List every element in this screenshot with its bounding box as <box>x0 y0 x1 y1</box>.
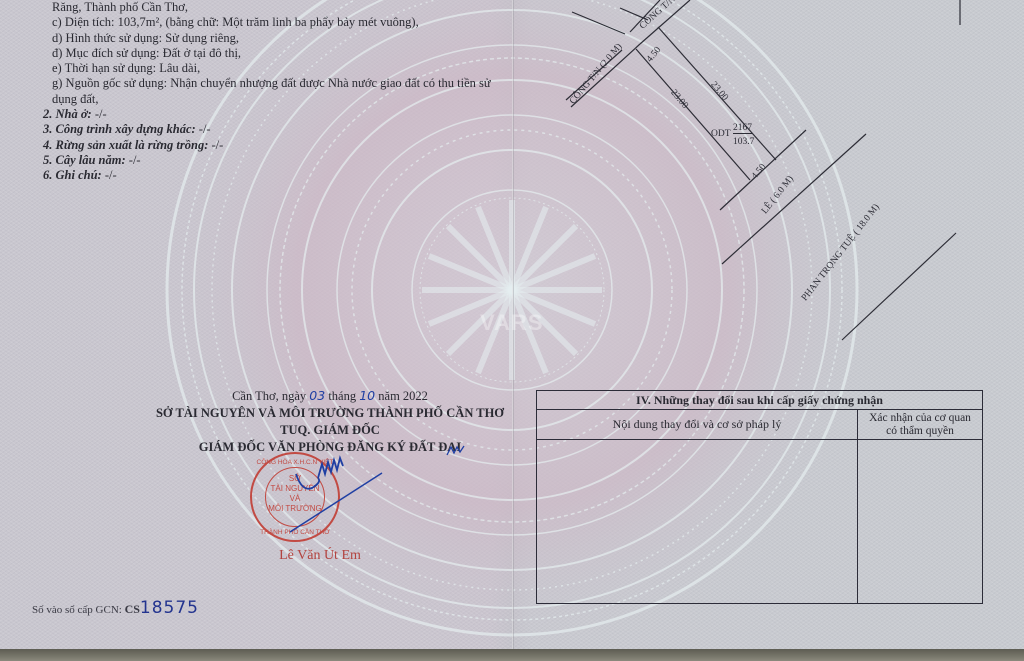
changes-table-body <box>537 440 982 604</box>
date-year: năm 2022 <box>375 389 428 403</box>
purpose-line: đ) Mục đích sử dụng: Đất ở tại đô thị, <box>28 46 508 61</box>
seal-center-text: TÀI NGUYÊN <box>252 484 338 493</box>
column-header-confirmation: Xác nhận của cơ quan có thẩm quyền <box>858 410 982 439</box>
item-value: -/- <box>126 153 141 167</box>
issue-date: Cần Thơ, ngày 03 tháng 10 năm 2022 <box>140 387 520 405</box>
vars-watermark: VARS <box>480 310 544 336</box>
seal-top-text: CỘNG HÒA X.H.C.N VIỆT <box>252 458 338 467</box>
item-label: 4. Rừng sản xuất là rừng trồng: <box>43 138 208 152</box>
certificate-serial: Số vào sổ cấp GCN: CS18575 <box>32 598 199 618</box>
term-line: e) Thời hạn sử dụng: Lâu dài, <box>28 61 508 76</box>
on-behalf-title: TUQ. GIÁM ĐỐC <box>140 422 520 439</box>
serial-number: 18575 <box>140 598 199 618</box>
signer-name: Lê Văn Út Em <box>240 548 400 564</box>
use-form-line: d) Hình thức sử dụng: Sử dụng riêng, <box>28 31 508 46</box>
serial-prefix: CS <box>125 602 140 616</box>
parcel-number: 2167 <box>733 123 752 134</box>
changes-table-title: IV. Những thay đổi sau khi cấp giấy chứn… <box>537 391 982 410</box>
item-label: 6. Ghi chú: <box>43 168 102 182</box>
origin-line-cont: dụng đất, <box>28 92 508 107</box>
column-header-line: có thẩm quyền <box>858 425 982 438</box>
changes-table-header: Nội dung thay đổi và cơ sở pháp lý Xác n… <box>537 410 982 440</box>
changes-content-cell <box>537 440 858 604</box>
changes-table: IV. Những thay đổi sau khi cấp giấy chứn… <box>536 390 983 604</box>
address-continuation: Răng, Thành phố Cần Thơ, <box>28 0 508 15</box>
item-label: 5. Cây lâu năm: <box>43 153 126 167</box>
signer-position: GIÁM ĐỐC VĂN PHÒNG ĐĂNG KÝ ĐẤT ĐAI <box>140 439 520 456</box>
item-label: 2. Nhà ở: <box>43 107 92 121</box>
date-month: 10 <box>359 388 375 403</box>
item-production-forest: 4. Rừng sản xuất là rừng trồng: -/- <box>28 138 508 153</box>
official-seal-icon: CỘNG HÒA X.H.C.N VIỆT SỞ TÀI NGUYÊN VÀ M… <box>250 452 340 542</box>
land-type-label: ODT <box>711 129 731 139</box>
seal-center-text: MÔI TRƯỜNG <box>252 504 338 513</box>
land-info-section: Răng, Thành phố Cần Thơ, c) Diện tích: 1… <box>28 0 508 184</box>
parcel-area: 103.7 <box>733 137 754 147</box>
column-header-content: Nội dung thay đổi và cơ sở pháp lý <box>537 410 858 439</box>
month-prefix: tháng <box>325 389 359 403</box>
serial-label: Số vào sổ cấp GCN: <box>32 604 125 616</box>
date-prefix: Cần Thơ, ngày <box>232 389 309 403</box>
origin-line: g) Nguồn gốc sử dụng: Nhận chuyển nhượng… <box>28 76 508 91</box>
item-value: -/- <box>92 107 107 121</box>
signature-block: Cần Thơ, ngày 03 tháng 10 năm 2022 SỞ TÀ… <box>140 387 520 456</box>
issuing-agency: SỞ TÀI NGUYÊN VÀ MÔI TRƯỜNG THÀNH PHỐ CẦ… <box>140 405 520 422</box>
item-perennial-trees: 5. Cây lâu năm: -/- <box>28 153 508 168</box>
column-header-line: Xác nhận của cơ quan <box>858 412 982 425</box>
item-value: -/- <box>102 168 117 182</box>
item-house: 2. Nhà ở: -/- <box>28 107 508 122</box>
background-surface <box>0 649 1024 661</box>
area-line: c) Diện tích: 103,7m², (bằng chữ: Một tr… <box>28 15 508 30</box>
seal-center-text: VÀ <box>252 494 338 503</box>
item-other-construction: 3. Công trình xây dựng khác: -/- <box>28 122 508 137</box>
item-value: -/- <box>208 138 223 152</box>
item-notes: 6. Ghi chú: -/- <box>28 168 508 183</box>
item-label: 3. Công trình xây dựng khác: <box>43 122 196 136</box>
item-value: -/- <box>196 122 211 136</box>
seal-center-text: SỞ <box>252 474 338 483</box>
date-day: 03 <box>309 388 325 403</box>
seal-bottom-text: THÀNH PHỐ CẦN THƠ <box>252 528 338 537</box>
